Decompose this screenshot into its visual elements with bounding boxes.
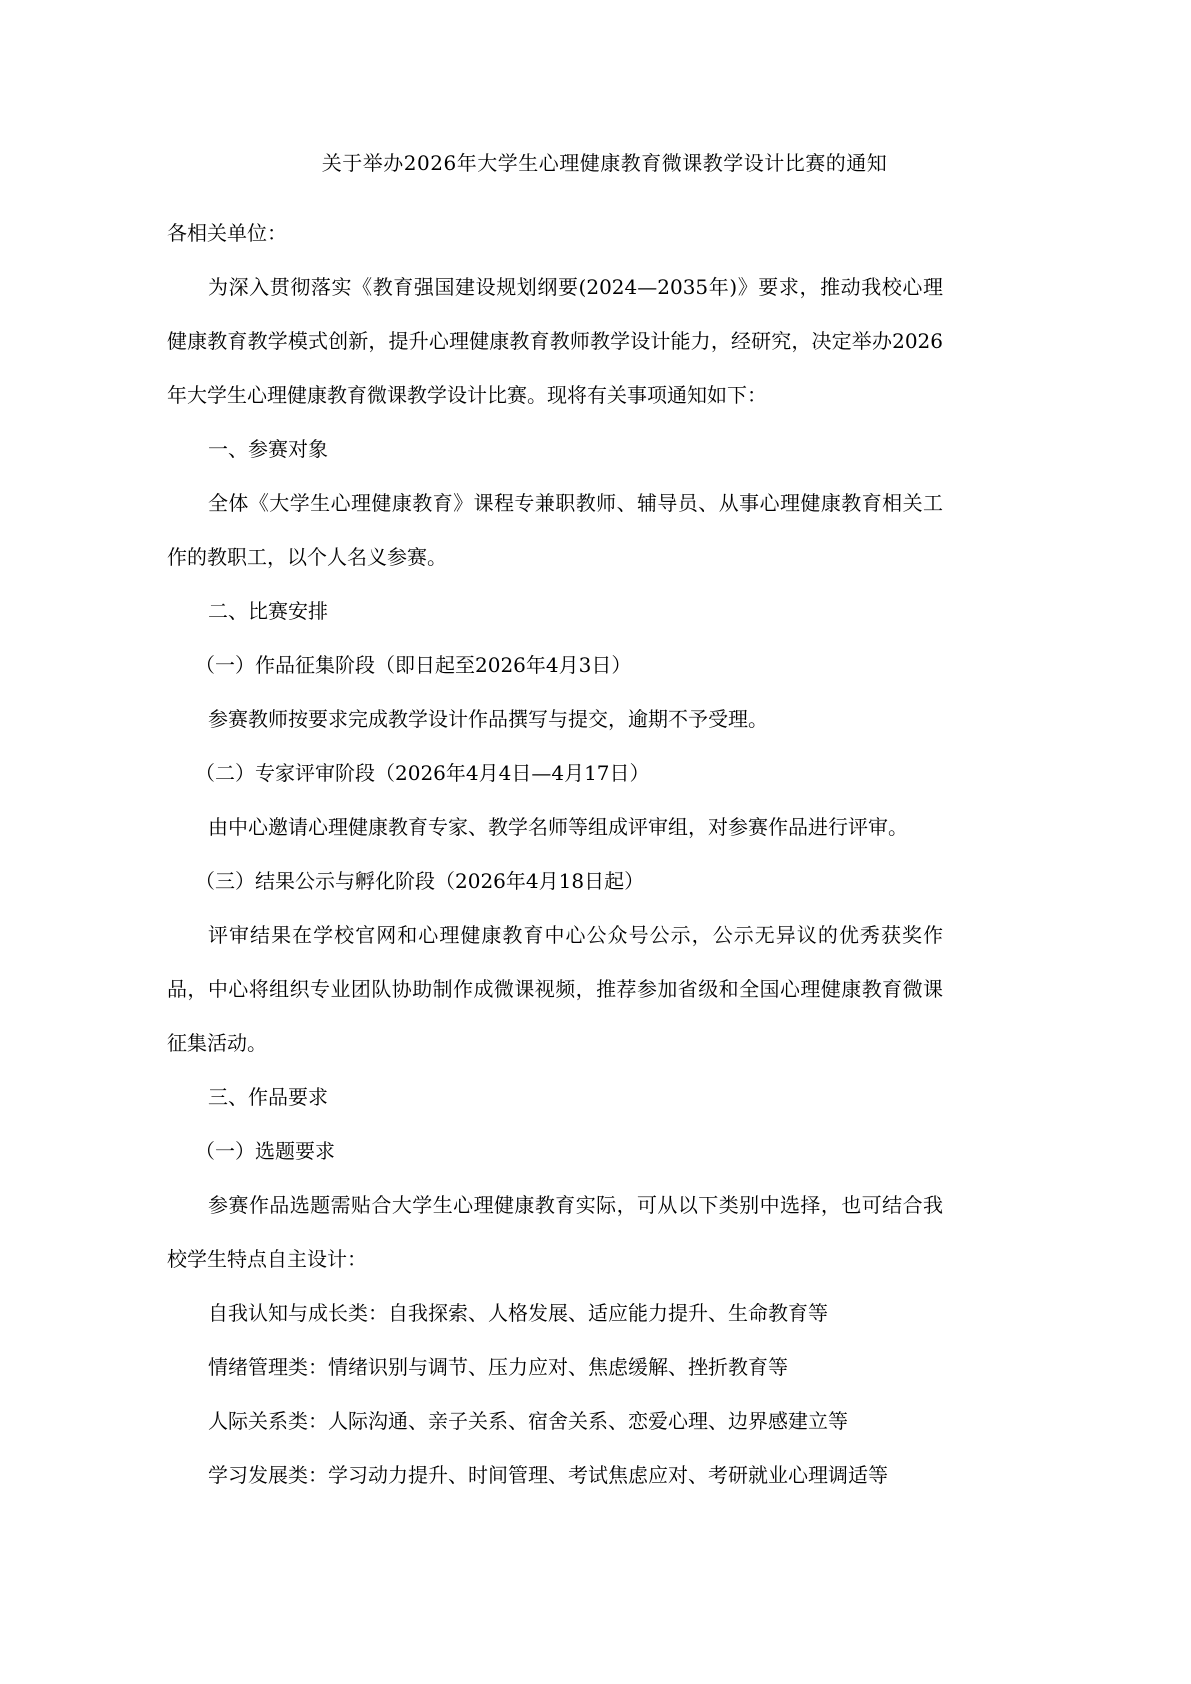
document-page: 关于举办2026年大学生心理健康教育微课教学设计比赛的通知 各相关单位： 为深入…	[0, 0, 1191, 1684]
participants-paragraph: 全体《大学生心理健康教育》课程专兼职教师、辅导员、从事心理健康教育相关工作的教职…	[167, 476, 943, 584]
subheading-results-stage: （三）结果公示与孵化阶段（2026年4月18日起）	[167, 854, 943, 908]
topic-category-self: 自我认知与成长类：自我探索、人格发展、适应能力提升、生命教育等	[167, 1286, 943, 1340]
subheading-review-stage: （二）专家评审阶段（2026年4月4日—4月17日）	[167, 746, 943, 800]
results-paragraph: 评审结果在学校官网和心理健康教育中心公众号公示，公示无异议的优秀获奖作品，中心将…	[167, 908, 943, 1070]
review-paragraph: 由中心邀请心理健康教育专家、教学名师等组成评审组，对参赛作品进行评审。	[167, 800, 943, 854]
salutation: 各相关单位：	[167, 206, 943, 260]
section-heading-participants: 一、参赛对象	[167, 422, 943, 476]
topic-paragraph: 参赛作品选题需贴合大学生心理健康教育实际，可从以下类别中选择，也可结合我校学生特…	[167, 1178, 943, 1286]
document-body: 各相关单位： 为深入贯彻落实《教育强国建设规划纲要(2024—2035年)》要求…	[167, 206, 943, 1502]
submission-paragraph: 参赛教师按要求完成教学设计作品撰写与提交，逾期不予受理。	[167, 692, 943, 746]
topic-category-learning: 学习发展类：学习动力提升、时间管理、考试焦虑应对、考研就业心理调适等	[167, 1448, 943, 1502]
section-heading-schedule: 二、比赛安排	[167, 584, 943, 638]
intro-paragraph: 为深入贯彻落实《教育强国建设规划纲要(2024—2035年)》要求，推动我校心理…	[167, 260, 943, 422]
document-title: 关于举办2026年大学生心理健康教育微课教学设计比赛的通知	[0, 148, 1191, 178]
topic-category-emotion: 情绪管理类：情绪识别与调节、压力应对、焦虑缓解、挫折教育等	[167, 1340, 943, 1394]
subheading-submission-stage: （一）作品征集阶段（即日起至2026年4月3日）	[167, 638, 943, 692]
subheading-topic-requirements: （一）选题要求	[167, 1124, 943, 1178]
topic-category-relationship: 人际关系类：人际沟通、亲子关系、宿舍关系、恋爱心理、边界感建立等	[167, 1394, 943, 1448]
section-heading-requirements: 三、作品要求	[167, 1070, 943, 1124]
